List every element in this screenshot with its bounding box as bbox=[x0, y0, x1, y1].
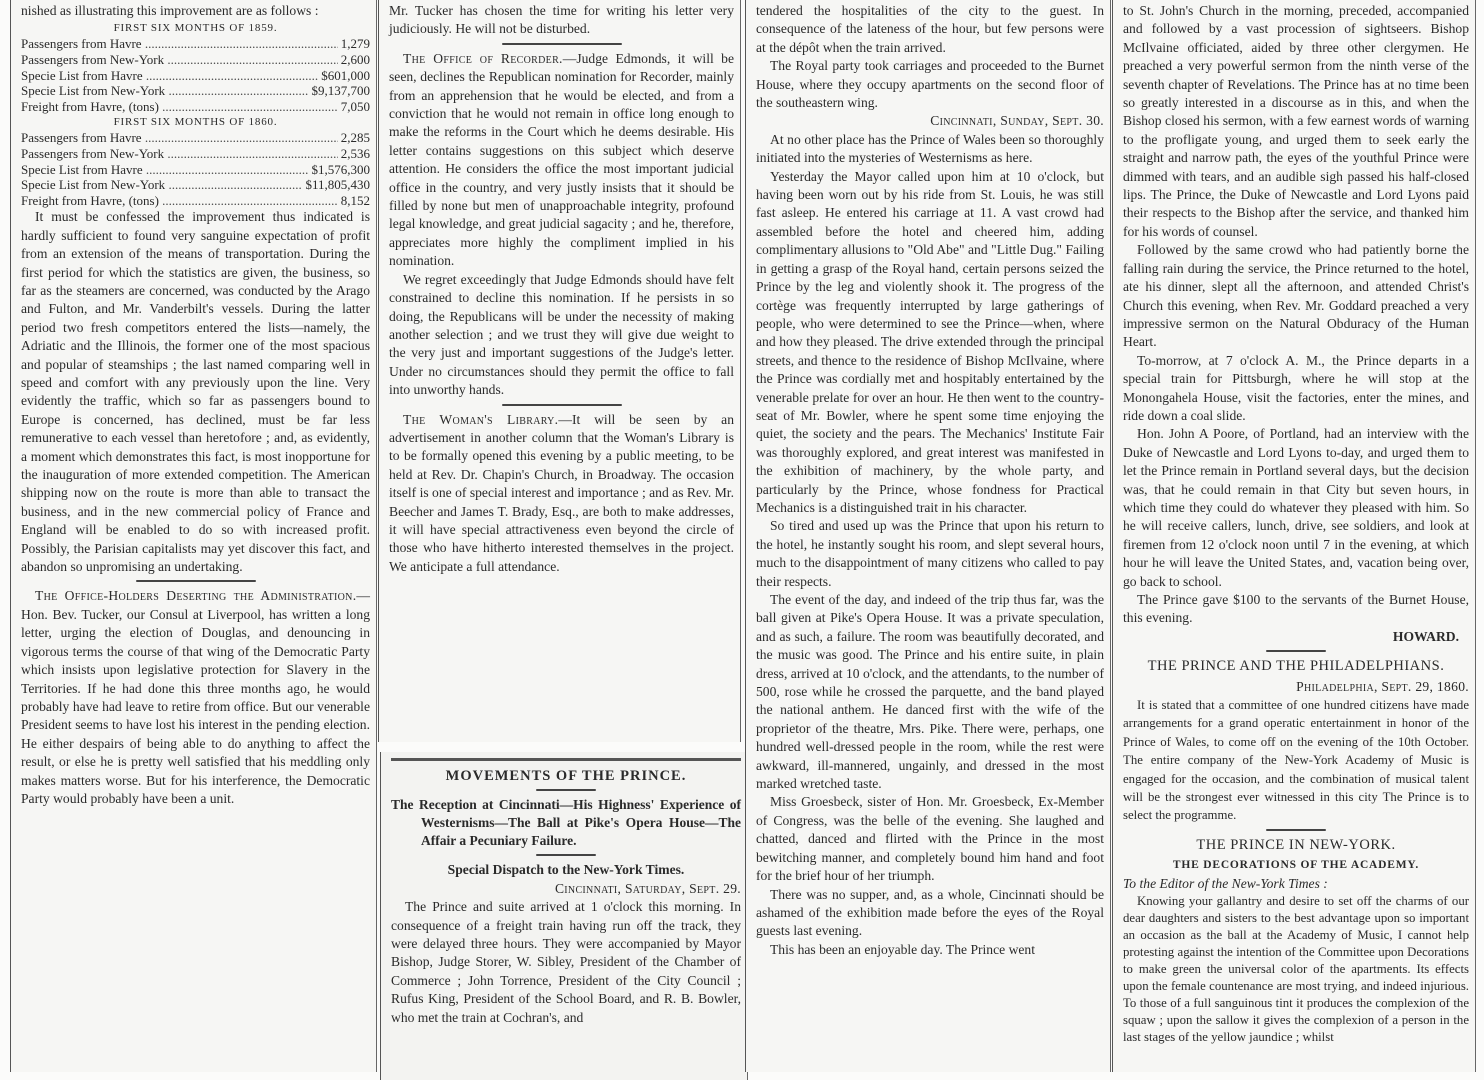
table-row: Freight from Havre, (tons)7,050 bbox=[21, 99, 370, 115]
article-paragraph: The Royal party took carriages and proce… bbox=[756, 57, 1104, 112]
section-divider bbox=[136, 580, 256, 582]
table-row: Specie List from New-York$11,805,430 bbox=[21, 177, 370, 193]
table-row: Freight from Havre, (tons)8,152 bbox=[21, 193, 370, 209]
table-row: Passengers from New-York2,536 bbox=[21, 146, 370, 162]
new-york-headline: THE PRINCE IN NEW-YORK. bbox=[1123, 836, 1469, 854]
dateline: Philadelphia, Sept. 29, 1860. bbox=[1123, 678, 1469, 696]
article-paragraph: This has been an enjoyable day. The Prin… bbox=[756, 941, 1104, 959]
intro-text: nished as illustrating this improvement … bbox=[21, 2, 370, 20]
philadelphia-headline: THE PRINCE AND THE PHILADELPHIANS. bbox=[1123, 657, 1469, 675]
table-row: Specie List from Havre$1,576,300 bbox=[21, 162, 370, 178]
dateline: Cincinnati, Saturday, Sept. 29. bbox=[391, 880, 741, 898]
dispatch-line: Special Dispatch to the New-York Times. bbox=[391, 861, 741, 879]
office-holders-article: The Office-Holders Deserting the Adminis… bbox=[21, 587, 370, 808]
continued-paragraph: Mr. Tucker has chosen the time for writi… bbox=[389, 2, 734, 39]
salutation: To the Editor of the New-York Times : bbox=[1123, 875, 1469, 893]
article-paragraph: Followed by the same crowd who had patie… bbox=[1123, 241, 1469, 351]
article-paragraph: The event of the day, and indeed of the … bbox=[756, 591, 1104, 793]
table-row: Passengers from Havre2,285 bbox=[21, 130, 370, 146]
table-row: Passengers from New-York2,600 bbox=[21, 52, 370, 68]
stats-table-1860: Passengers from Havre2,285 Passengers fr… bbox=[21, 130, 370, 208]
article-paragraph: Yesterday the Mayor called upon him at 1… bbox=[756, 168, 1104, 518]
recorder-article: The Office of Recorder.—Judge Edmonds, i… bbox=[389, 50, 734, 271]
article-paragraph: Miss Groesbeck, sister of Hon. Mr. Groes… bbox=[756, 793, 1104, 885]
article-paragraph: tendered the hospitalities of the city t… bbox=[756, 2, 1104, 57]
article-paragraph: Hon. John A Poore, of Portland, had an i… bbox=[1123, 425, 1469, 591]
table-row: Specie List from Havre$601,000 bbox=[21, 68, 370, 84]
table-row: Passengers from Havre1,279 bbox=[21, 36, 370, 52]
section-divider bbox=[502, 43, 622, 45]
article-body: —It will be seen by an advertisement in … bbox=[389, 412, 734, 574]
section-divider bbox=[536, 854, 596, 856]
table-row: Specie List from New-York$9,137,700 bbox=[21, 83, 370, 99]
article-subheadline: The Reception at Cincinnati—His Highness… bbox=[391, 796, 741, 850]
column-3: tendered the hospitalities of the city t… bbox=[745, 0, 1111, 1072]
section-divider bbox=[1266, 829, 1326, 831]
article-title: The Office of Recorder. bbox=[403, 51, 563, 66]
new-york-subheadline: THE DECORATIONS OF THE ACADEMY. bbox=[1123, 856, 1469, 874]
article-paragraph: There was no supper, and, as a whole, Ci… bbox=[756, 886, 1104, 941]
stats-table-1859: Passengers from Havre1,279 Passengers fr… bbox=[21, 36, 370, 114]
article-body: —Hon. Bev. Tucker, our Consul at Liverpo… bbox=[21, 588, 370, 805]
article-title: The Office-Holders Deserting the Adminis… bbox=[35, 588, 356, 603]
column-4: to St. John's Church in the morning, pre… bbox=[1112, 0, 1476, 1072]
section-divider bbox=[1266, 650, 1326, 652]
article-paragraph: To-morrow, at 7 o'clock A. M., the Princ… bbox=[1123, 352, 1469, 426]
library-article: The Woman's Library.—It will be seen by … bbox=[389, 411, 734, 577]
article-paragraph: Knowing your gallantry and desire to set… bbox=[1123, 893, 1469, 1046]
section-divider bbox=[536, 789, 596, 791]
article-paragraph: So tired and used up was the Prince that… bbox=[756, 517, 1104, 591]
article-paragraph: to St. John's Church in the morning, pre… bbox=[1123, 2, 1469, 241]
article-paragraph: It is stated that a committee of one hun… bbox=[1123, 696, 1469, 825]
article-paragraph: The Prince and suite arrived at 1 o'cloc… bbox=[391, 898, 741, 1027]
article-paragraph: At no other place has the Prince of Wale… bbox=[756, 131, 1104, 168]
author-signature: HOWARD. bbox=[1123, 628, 1469, 646]
table-heading-1859: FIRST SIX MONTHS OF 1859. bbox=[21, 21, 370, 36]
dateline: Cincinnati, Sunday, Sept. 30. bbox=[756, 112, 1104, 130]
recorder-paragraph-2: We regret exceedingly that Judge Edmonds… bbox=[389, 271, 734, 400]
column-2: Mr. Tucker has chosen the time for writi… bbox=[378, 0, 741, 742]
steamship-paragraph: It must be confessed the improvement thu… bbox=[21, 208, 370, 576]
column-1: nished as illustrating this improvement … bbox=[10, 0, 377, 1072]
prince-article-clipping: MOVEMENTS OF THE PRINCE. The Reception a… bbox=[380, 752, 748, 1080]
article-paragraph: The Prince gave $100 to the servants of … bbox=[1123, 591, 1469, 628]
article-body: —Judge Edmonds, it will be seen, decline… bbox=[389, 51, 734, 268]
top-border-rule bbox=[391, 758, 741, 761]
section-divider bbox=[502, 404, 622, 406]
article-title: The Woman's Library. bbox=[403, 412, 558, 427]
article-headline: MOVEMENTS OF THE PRINCE. bbox=[391, 767, 741, 785]
table-heading-1860: FIRST SIX MONTHS OF 1860. bbox=[21, 115, 370, 130]
